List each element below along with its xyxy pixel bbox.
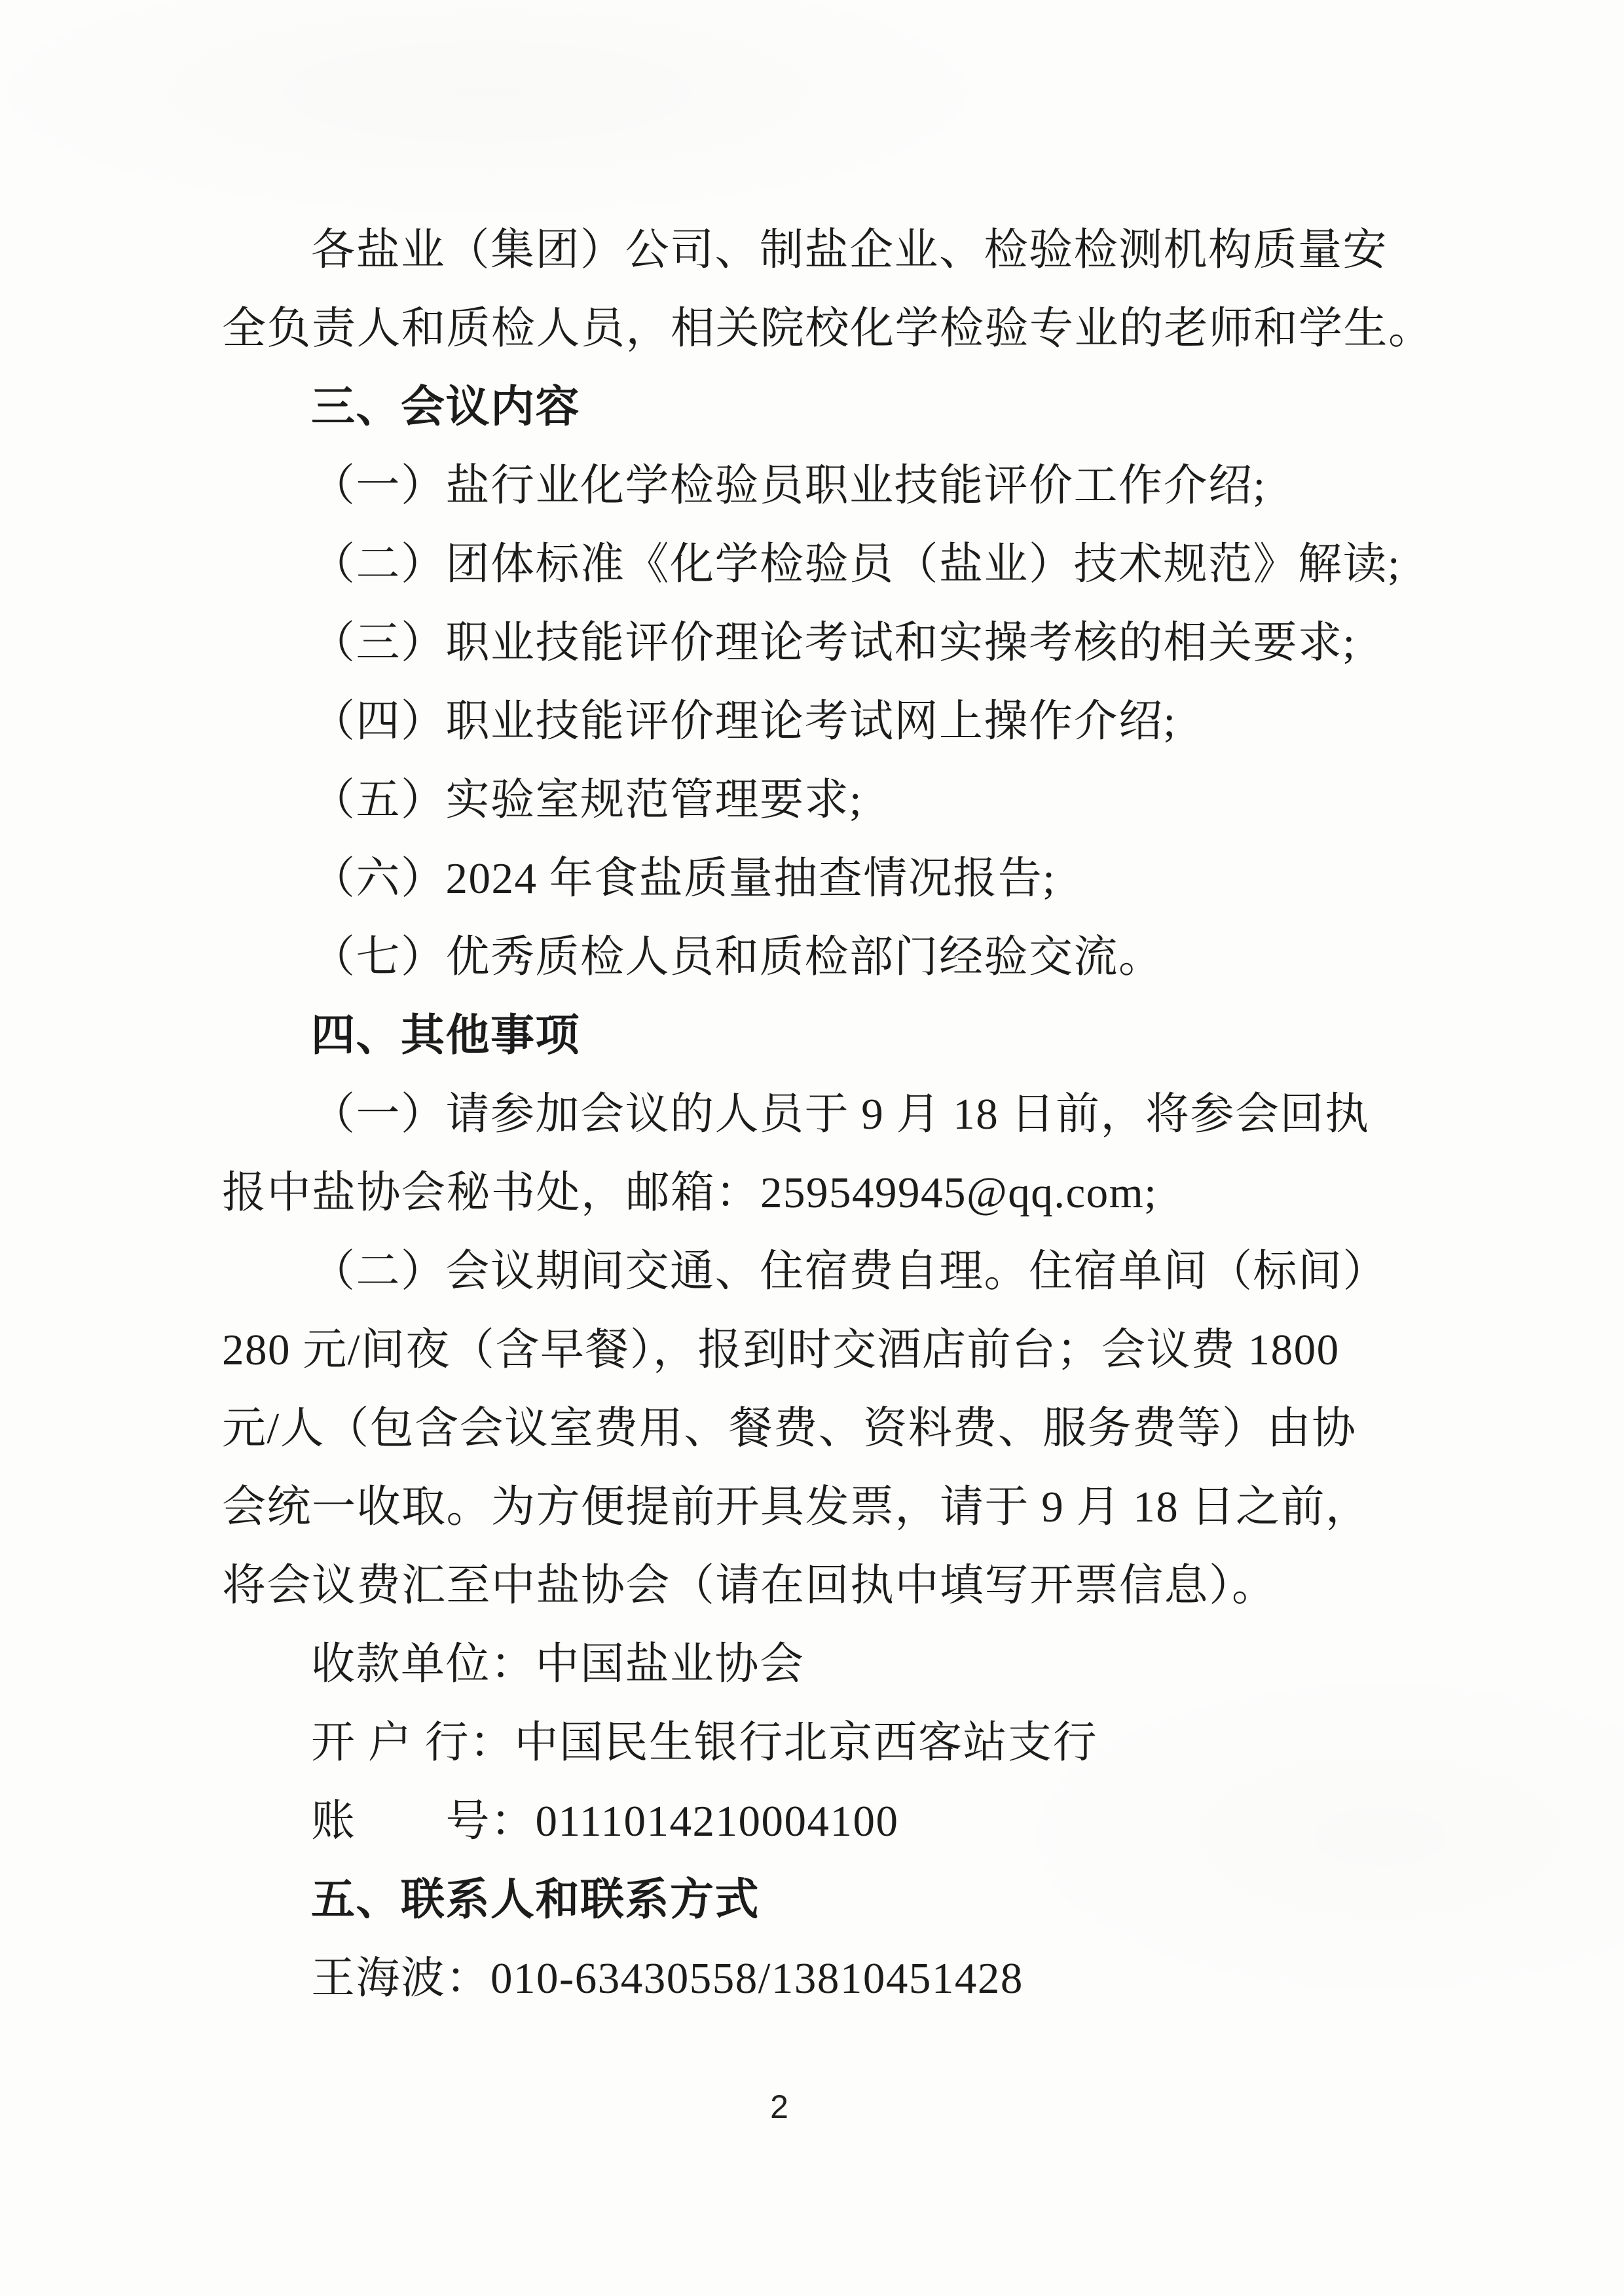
payment-payee-line: 收款单位：中国盐业协会	[222, 1625, 1411, 1704]
section-4-heading: 四、其他事项	[222, 996, 1411, 1075]
section-4-para-2-line-3: 元/人（包含会议室费用、餐费、资料费、服务费等）由协	[222, 1389, 1411, 1468]
section-3-heading: 三、会议内容	[222, 368, 1411, 446]
section-4-para-1-line-2: 报中盐协会秘书处，邮箱：259549945@qq.com;	[222, 1154, 1411, 1232]
section-3-item-1: （一）盐行业化学检验员职业技能评价工作介绍;	[222, 446, 1411, 525]
document-page: 各盐业（集团）公司、制盐企业、检验检测机构质量安 全负责人和质检人员，相关院校化…	[0, 0, 1624, 2296]
section-4-para-2-line-4: 会统一收取。为方便提前开具发票，请于 9 月 18 日之前，	[222, 1468, 1411, 1546]
section-3-item-4: （四）职业技能评价理论考试网上操作介绍;	[222, 682, 1411, 761]
page-number: 2	[740, 2087, 819, 2126]
section-4-para-2-line-2: 280 元/间夜（含早餐），报到时交酒店前台；会议费 1800	[222, 1311, 1411, 1389]
contact-line: 王海波：010-63430558/13810451428	[222, 1939, 1411, 2018]
payment-bank-line: 开 户 行：中国民生银行北京西客站支行	[222, 1704, 1411, 1782]
section-3-item-7: （七）优秀质检人员和质检部门经验交流。	[222, 918, 1411, 996]
section-5-heading: 五、联系人和联系方式	[222, 1861, 1411, 1939]
section-3-item-2: （二）团体标准《化学检验员（盐业）技术规范》解读;	[222, 525, 1411, 604]
section-3-item-5: （五）实验室规范管理要求;	[222, 761, 1411, 839]
intro-paragraph-line-1: 各盐业（集团）公司、制盐企业、检验检测机构质量安	[222, 211, 1411, 289]
section-4-para-2-line-1: （二）会议期间交通、住宿费自理。住宿单间（标间）	[222, 1232, 1411, 1311]
section-4-para-2-line-5: 将会议费汇至中盐协会（请在回执中填写开票信息）。	[222, 1546, 1411, 1625]
document-body: 各盐业（集团）公司、制盐企业、检验检测机构质量安 全负责人和质检人员，相关院校化…	[222, 211, 1411, 2018]
section-4-para-1-line-1: （一）请参加会议的人员于 9 月 18 日前，将参会回执	[222, 1075, 1411, 1154]
section-3-item-3: （三）职业技能评价理论考试和实操考核的相关要求;	[222, 604, 1411, 682]
intro-paragraph-line-2: 全负责人和质检人员，相关院校化学检验专业的老师和学生。	[222, 289, 1411, 368]
payment-account-line: 账 号：0111014210004100	[222, 1782, 1411, 1861]
section-3-item-6: （六）2024 年食盐质量抽查情况报告;	[222, 839, 1411, 918]
